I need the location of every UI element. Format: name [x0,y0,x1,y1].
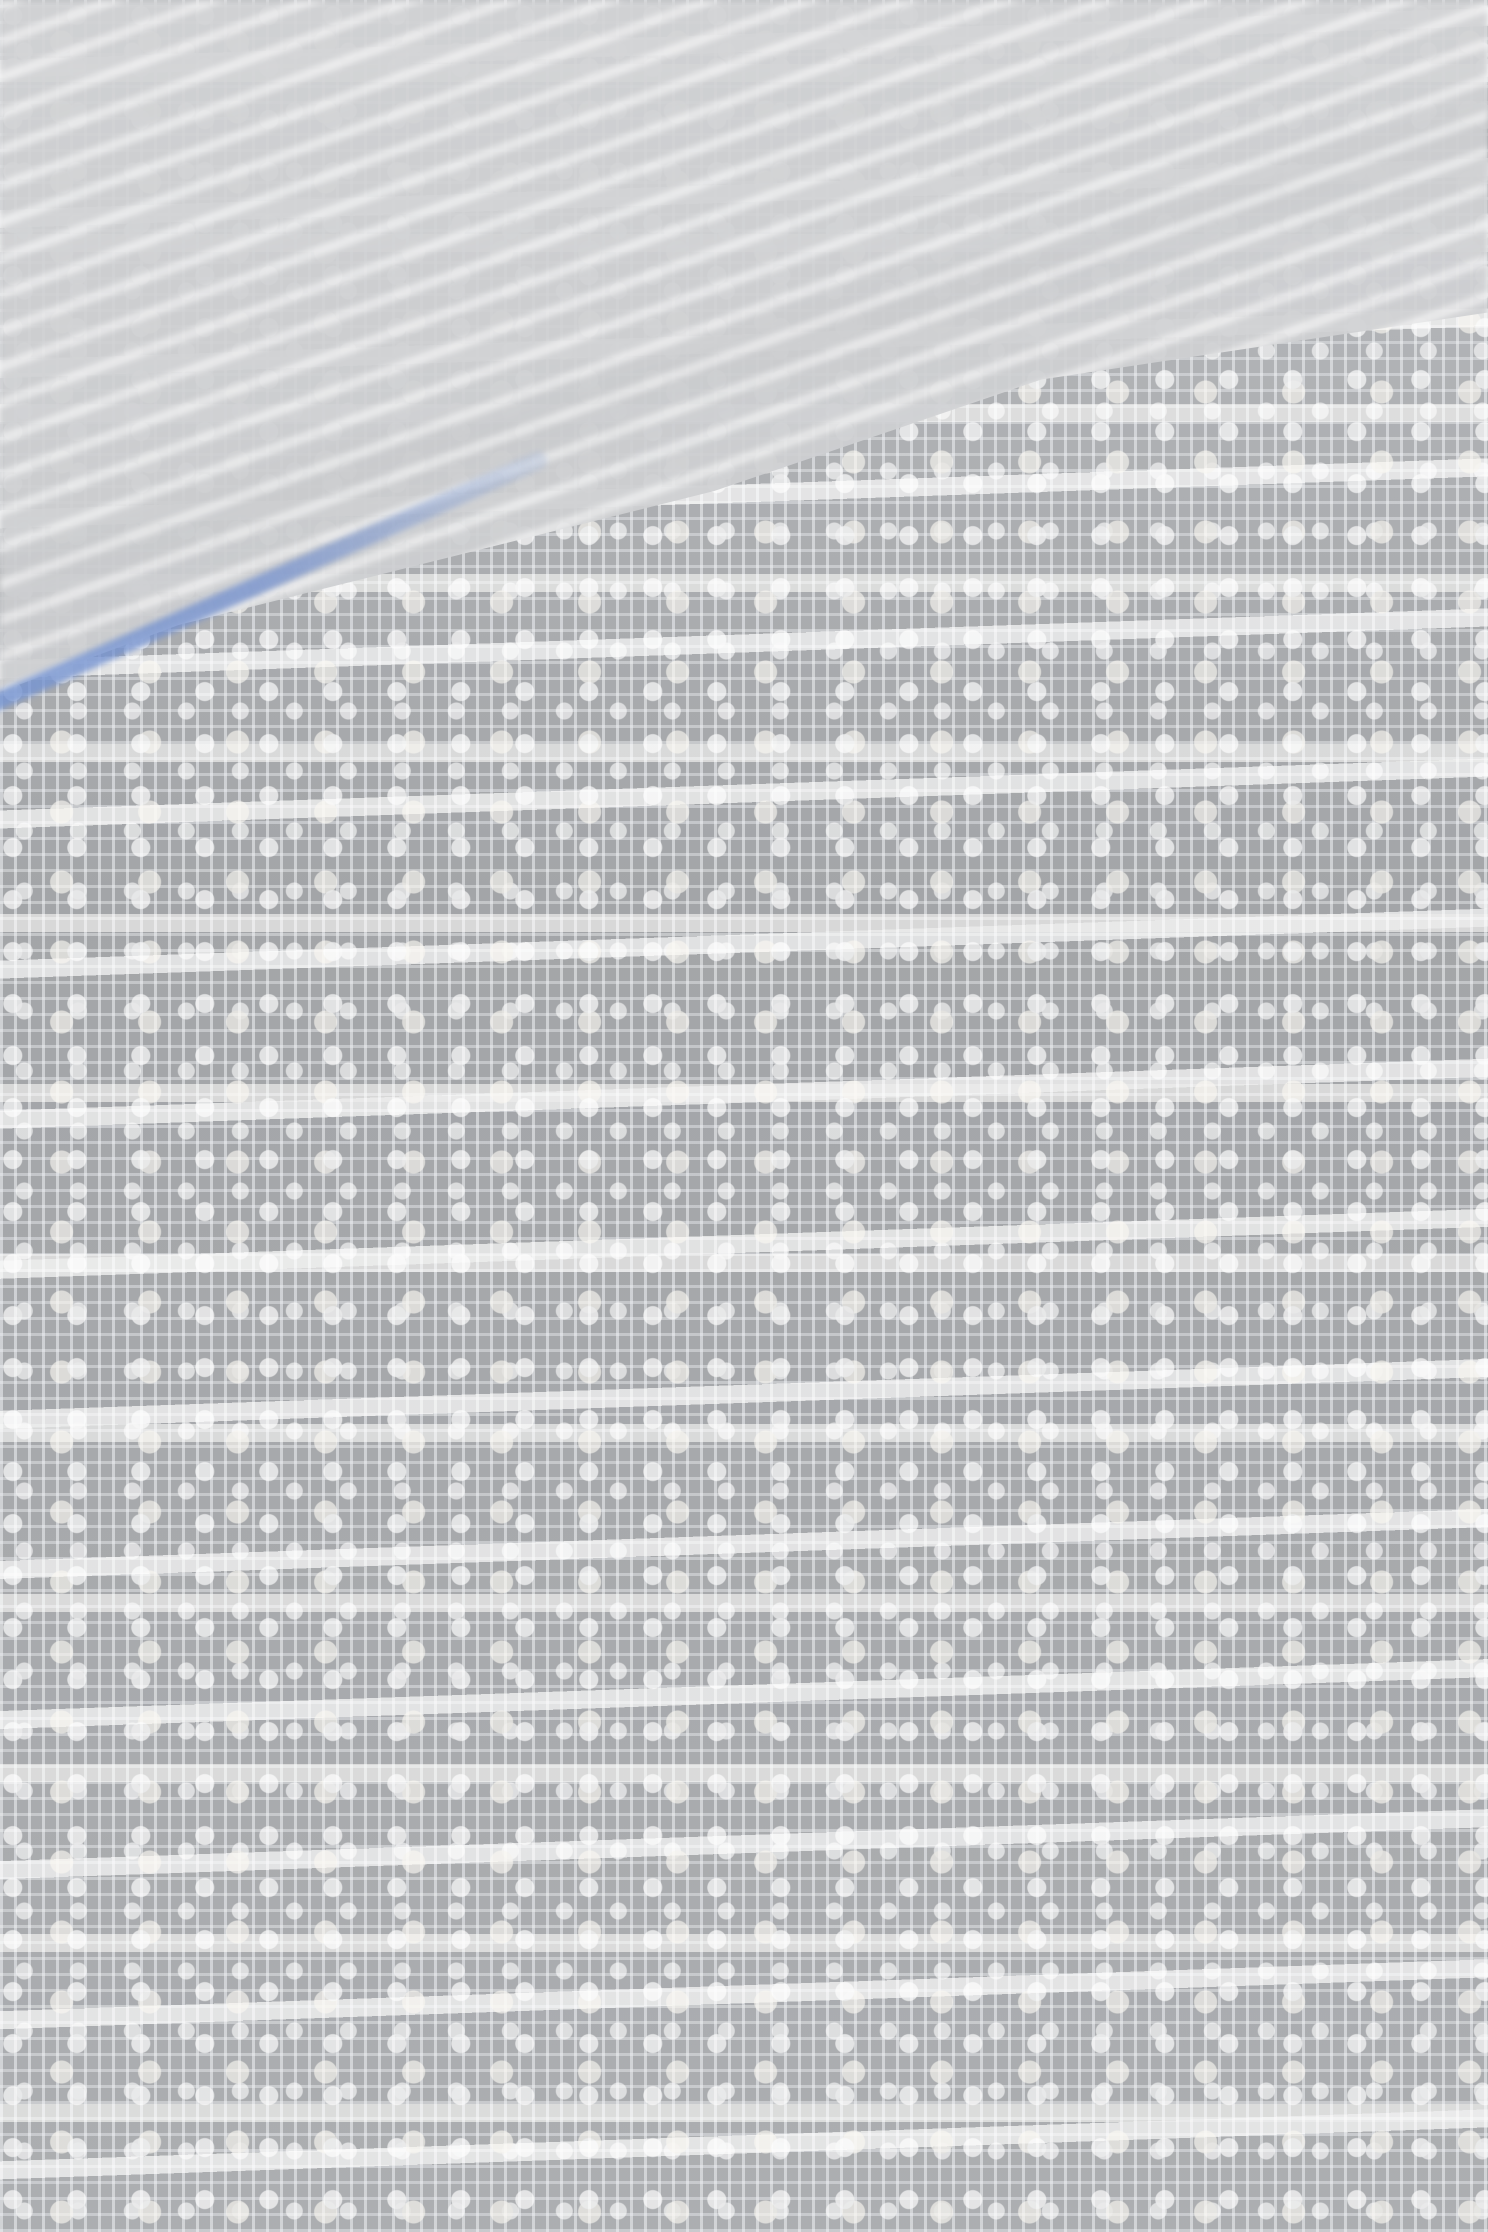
tweed-fabric-photo: Close-up of grey and white tweed boucle … [0,0,1488,2232]
